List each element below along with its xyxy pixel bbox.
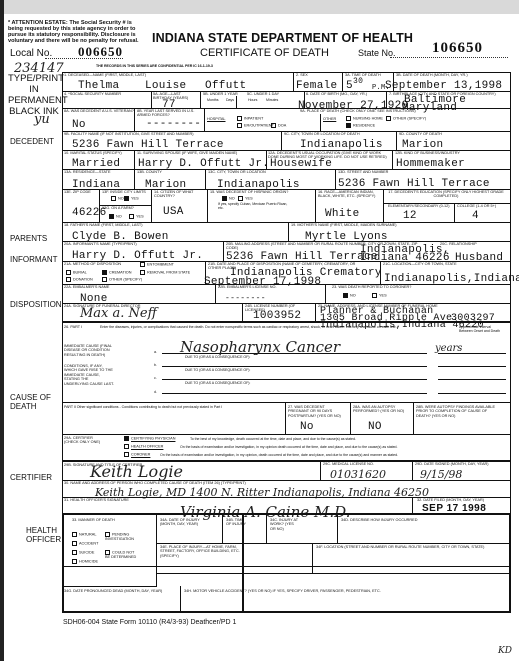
hispanic-note: If yes, specify Cuban, Mexican Puerto Ri… <box>218 202 288 210</box>
informant-name-label: 20a. INFORMANT'S NAME (Type/Print) <box>64 242 137 246</box>
embalmer-label: 22a. EMBALMER'S NAME <box>64 285 109 289</box>
ssn-label: 4. *SOCIAL SECURITY NUMBER <box>64 92 121 96</box>
autopsy-value: NO <box>368 422 382 433</box>
certifier-check-label: 29a. CERTIFIER (Check only one) <box>64 436 104 445</box>
relationship-label: 20c. Relationship <box>440 242 477 246</box>
manner-homicide-checkbox[interactable]: Homicide <box>72 559 98 564</box>
year-served-value: -------- <box>146 119 201 130</box>
health-officer-statement: On the basis of examination and/or inves… <box>180 445 510 449</box>
injury-at-work-label: 34c. INJURY AT WORK? (Yes or no) <box>270 518 300 531</box>
elementary-value: 12 <box>403 211 417 222</box>
residence-city-label: 13c. CITY, TOWN OR LOCATION <box>208 170 266 174</box>
under-1-year-label: 5b. UNDER 1 YEAR <box>203 92 238 96</box>
hispanic-label: 15. WAS DECEDENT OF HISPANIC ORIGIN? <box>210 190 310 194</box>
city-limits-yes-checkbox[interactable]: Yes <box>124 196 139 201</box>
motor-vehicle-label: 34h. MOTOR VEHICLE ACCIDENT? (Yes or no)… <box>184 589 381 593</box>
elementary-label: Elementary/Secondary (0-12) <box>388 204 450 208</box>
hispanic-no-checkbox[interactable]: No <box>222 196 235 201</box>
relationship-value: Husband <box>455 253 503 264</box>
hospital-label: HOSPITAL <box>207 117 226 121</box>
city-limits-label: 13f. INSIDE CITY LIMITS <box>102 190 146 194</box>
interval-label: Approximate Interval Between Onset and D… <box>459 325 505 333</box>
citizen-value: USA <box>163 207 184 218</box>
residence-checkbox[interactable]: Residence <box>346 123 375 128</box>
sex-label: 2. SEX <box>296 73 308 77</box>
cremation-checkbox[interactable]: Cremation <box>102 270 132 275</box>
race-label: 16. RACE—American Indian, Black, White, … <box>318 190 378 199</box>
place-of-death-label: 9a. PLACE OF DEATH (Check only one. See … <box>300 109 416 113</box>
local-no-value: 006650 <box>78 46 123 57</box>
certifying-physician-checkbox[interactable]: CERTIFYING PHYSICIAN <box>124 436 175 441</box>
facility-label: 9b. FACILITY NAME (If not institution, g… <box>64 132 194 136</box>
coroner-yes-checkbox[interactable]: Yes <box>372 293 387 298</box>
farm-no-checkbox[interactable]: No <box>109 214 122 219</box>
part1-label: 26. PART I <box>64 325 82 329</box>
autopsy-findings-label: 28b. WERE AUTOPSY FINDINGS AVAILABLE PRI… <box>416 405 501 418</box>
mother-label: 19. MOTHER'S NAME (First, Middle, Maiden… <box>291 223 397 227</box>
section-label-cause-of-death: CAUSE OF DEATH <box>10 393 60 411</box>
confidential-note: THE RECORDS IN THIS SERIES ARE CONFIDENT… <box>96 64 213 68</box>
autopsy-label: 28a. WAS AN AUTOPSY PERFORMED? (Yes or n… <box>353 405 408 414</box>
residence-state-label: 13a. RESIDENCE—STATE <box>64 170 111 174</box>
entombment-checkbox[interactable]: Entombment <box>140 262 174 267</box>
disposition-location-label: 21c. LOCATION—City or Town, State <box>383 262 457 266</box>
section-label-disposition: DISPOSITION <box>10 300 62 309</box>
days-label: Days <box>226 98 234 102</box>
agency-title: INDIANA STATE DEPARTMENT OF HEALTH <box>152 31 413 45</box>
age-label: 5a. AGE—Last Birthday (Years) <box>153 92 199 101</box>
corner-mark: KD <box>498 646 512 656</box>
farm-label: 13g. ON A FARM? <box>102 206 134 210</box>
college-label: College (1-4 or 5+) <box>457 204 496 208</box>
veteran-value: No <box>72 120 86 131</box>
date-signed-label: 29d. DATE SIGNED (Month, Day, Year) <box>415 462 489 466</box>
pronounced-dead-label: 34g. DATE PRONOUNCED DEAD (Month, Day, Y… <box>64 589 184 593</box>
form-id: SDH06-004 State Form 10110 (R4/3-93) Dea… <box>63 619 236 626</box>
section-label-certifier: CERTIFIER <box>10 473 52 482</box>
doa-checkbox[interactable]: DOA <box>271 123 286 128</box>
physician-statement: To the best of my knowledge, death occur… <box>190 437 510 441</box>
due-to-c: DUE TO (OR AS A CONSEQUENCE OF): <box>185 381 250 385</box>
education-label: 17. DECEDENT'S EDUCATION (Specify only h… <box>386 190 506 199</box>
manner-pending-checkbox[interactable]: Pending Investigation <box>105 532 135 541</box>
zip-label: 13e. ZIP CODE <box>64 190 91 194</box>
date-filed-label: 32. DATE FILED (Month, Day, Year) <box>417 498 484 502</box>
conditions-label: Conditions, if any, which gave rise to t… <box>64 364 114 386</box>
section-label-informant: INFORMANT <box>10 255 58 264</box>
college-value: 4 <box>472 211 479 222</box>
cause-letter-a: a. <box>154 350 157 354</box>
scan-left-edge <box>0 0 4 661</box>
completer-label: 30. NAME AND ADDRESS OF PERSON WHO COMPL… <box>64 481 394 485</box>
manner-label: 33. MANNER OF DEATH <box>72 518 115 522</box>
industry-label: 12b. KIND OF BUSINESS/INDUSTRY <box>395 151 460 155</box>
cause-line-a: Nasopharynx Cancer <box>180 338 340 356</box>
residence-county-label: 13b. COUNTY <box>137 170 162 174</box>
immediate-cause-label: IMMEDIATE CAUSE (Final disease or condit… <box>64 344 114 357</box>
burial-checkbox[interactable]: Burial <box>66 270 87 275</box>
months-label: Months <box>207 98 219 102</box>
cause-letter-c: c. <box>154 376 157 380</box>
medical-license-label: 29c. MEDICAL LICENSE NO. <box>323 462 374 466</box>
race-value: White <box>325 209 360 220</box>
hispanic-yes-checkbox[interactable]: Yes <box>238 196 253 201</box>
section-label-health-officer: HEALTH OFFICER <box>26 526 66 544</box>
ink-instruction: TYPE/PRINT IN PERMANENT BLACK INK <box>8 73 60 117</box>
handwritten-initials: yu <box>34 112 50 127</box>
certifier-signature: Keith Logie <box>90 462 183 481</box>
city-limits-no-checkbox[interactable]: No <box>111 196 124 201</box>
other-disposition-checkbox[interactable]: Other (Specify) <box>102 277 142 282</box>
injury-place-label: 34e. PLACE OF INJURY—At home, farm, stre… <box>160 545 250 558</box>
farm-yes-checkbox[interactable]: Yes <box>129 214 144 219</box>
injury-time-label: 34b. TIME OF INJURY <box>226 518 246 527</box>
due-to-b: DUE TO (OR AS A CONSEQUENCE OF): <box>185 368 250 372</box>
year-served-label: 8b. YEAR LAST SERVED IN U.S. ARMED FORCE… <box>137 109 202 118</box>
date-of-death-label: 3b. DATE OF DEATH (Month, Day, Yr.) <box>396 73 468 77</box>
er-outpatient-checkbox[interactable]: ER/Outpatient <box>237 123 274 128</box>
manner-undetermined-checkbox[interactable]: Could not be Determined <box>105 550 140 559</box>
embalmer-license-label: 22b. EMBALMER'S LICENSE NO. <box>218 285 277 289</box>
health-officer-signature-label: 31. HEALTH OFFICER'S SIGNATURE <box>64 498 129 502</box>
cause-line-a-interval: years <box>435 343 462 354</box>
director-signature: Max a. Neff <box>80 306 157 321</box>
section-label-decedent: DECEDENT <box>10 137 54 146</box>
spouse-label: 11. SURVIVING SPOUSE (If wife, give maid… <box>137 151 237 155</box>
veteran-label: 8a. WAS DECEDENT A U.S. VETERAN? <box>64 109 134 113</box>
injury-date-label: 34a. DATE OF INJURY (Month, Day, Year) <box>160 518 200 527</box>
name-label: 1. DECEASED—NAME (First, Middle, Last) <box>64 73 146 77</box>
due-to-a: DUE TO (OR AS A CONSEQUENCE OF): <box>185 355 250 359</box>
marital-label: 10. MARITAL STATUS (Specify) <box>64 151 122 155</box>
manner-suicide-checkbox[interactable]: Suicide <box>72 550 94 555</box>
injury-location-label: 34f. LOCATION (Street and Number or Rura… <box>316 545 484 549</box>
inpatient-checkbox[interactable]: Inpatient <box>237 116 263 121</box>
other-label: OTHER <box>323 117 336 121</box>
father-label: 18. FATHER'S NAME (First, Middle, Last) <box>64 223 143 227</box>
scan-artifact-bar <box>0 0 519 14</box>
attention-notice: * ATTENTION ESTATE: The Social Security … <box>8 20 148 44</box>
section-label-parents: PARENTS <box>10 234 47 243</box>
citizen-label: 14. CITIZEN OF WHAT COUNTRY? <box>154 190 204 199</box>
coroner-statement: On the basis of examination and/or inves… <box>160 453 510 457</box>
donation-checkbox[interactable]: Donation <box>66 277 93 282</box>
minutes-label: Minutes <box>266 98 278 102</box>
pregnant-value: No <box>300 422 314 433</box>
removal-checkbox[interactable]: Removal from State <box>140 270 190 275</box>
county-of-death-label: 9d. COUNTY OF DEATH <box>399 132 442 136</box>
state-no-line <box>390 57 508 58</box>
coroner-no-checkbox[interactable]: No <box>343 293 356 298</box>
cause-letter-b: b. <box>154 363 157 367</box>
pregnant-label: 27. WAS DECEDENT PREGNANT OR 90 DAYS POS… <box>288 405 343 418</box>
hours-label: Hours <box>248 98 257 102</box>
time-of-death-minutes: 30 <box>353 76 363 87</box>
city-of-death-label: 9c. CITY, TOWN OR LOCATION OF DEATH <box>284 132 360 136</box>
street-label: 13d. STREET AND NUMBER <box>338 170 388 174</box>
coroner-checkbox[interactable]: CORONER <box>124 452 150 457</box>
coroner-reported-label: 23. WAS DEATH REPORTED TO CORONER? <box>332 285 411 289</box>
part1-instructions: Enter the diseases, injuries, or complic… <box>100 325 400 329</box>
cause-letter-d: d. <box>154 390 157 394</box>
health-officer-checkbox[interactable]: HEALTH OFFICER <box>124 444 163 449</box>
funeral-license-value: 1003952 <box>253 311 301 322</box>
under-1-day-label: 5c. UNDER 1 DAY <box>247 92 279 96</box>
state-no-value: 106650 <box>432 40 483 57</box>
other-specify-checkbox[interactable]: Other (Specify) <box>386 116 426 121</box>
method-of-disposition-label: 21a. METHOD OF DISPOSITION <box>64 262 121 266</box>
manner-accident-checkbox[interactable]: Accident <box>72 541 98 546</box>
dob-label: 6. DATE OF BIRTH (Mo., Day, Yr.) <box>306 92 367 96</box>
injury-how-label: 34d. DESCRIBE HOW INJURY OCCURRED <box>341 518 417 522</box>
manner-natural-checkbox[interactable]: Natural <box>72 532 96 537</box>
nursing-home-checkbox[interactable]: Nursing Home <box>346 116 383 121</box>
form-title: CERTIFICATE OF DEATH <box>200 47 329 59</box>
part2-label: PART II Other significant conditions - C… <box>64 405 284 409</box>
